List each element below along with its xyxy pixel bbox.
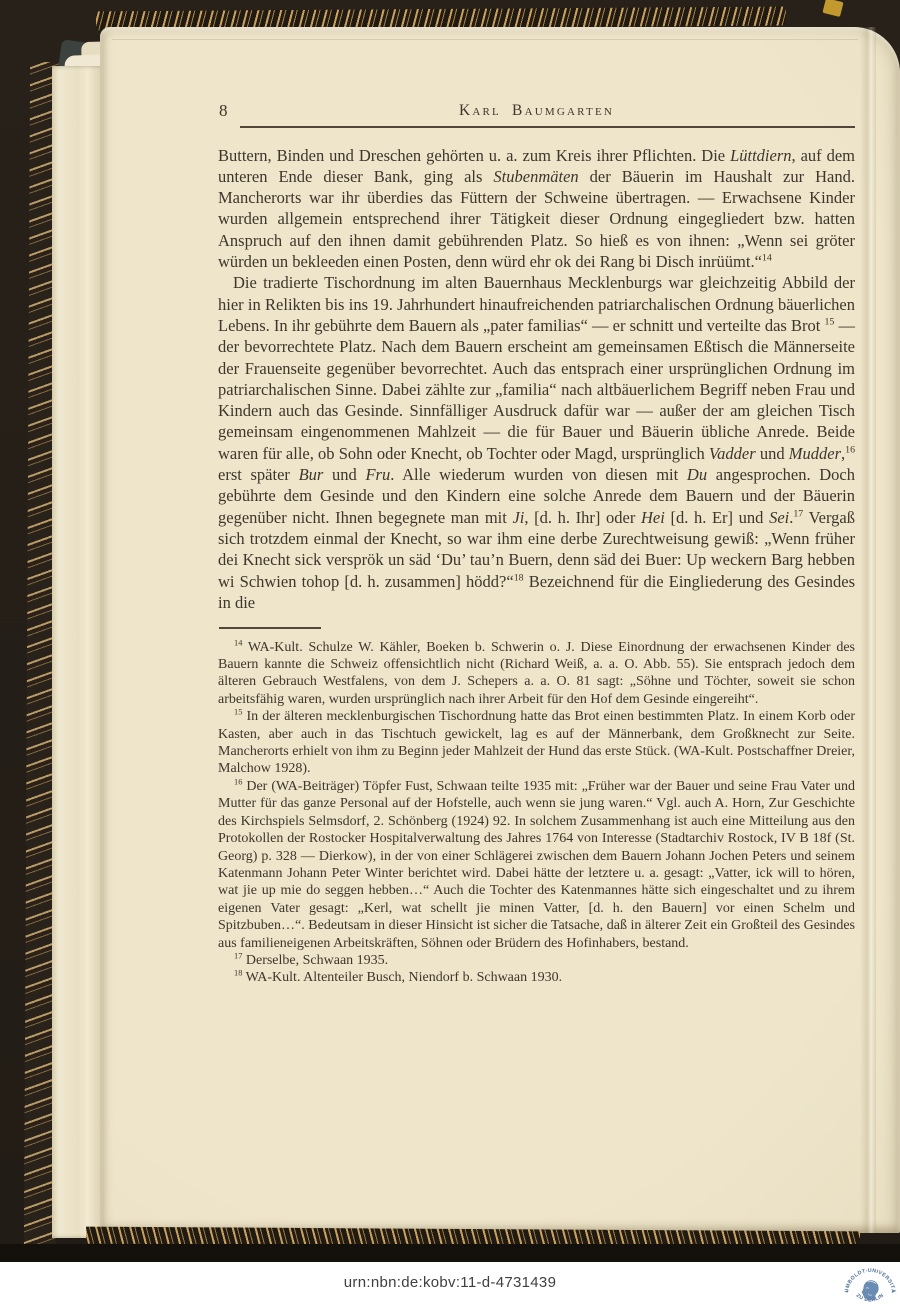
- footnote-14: 14 WA-Kult. Schulze W. Kähler, Boeken b.…: [218, 639, 855, 709]
- footnote-17: 17 Derselbe, Schwaan 1935.: [218, 952, 855, 969]
- page-number: 8: [219, 101, 228, 121]
- footnote-16: 16 Der (WA-Beiträger) Töpfer Fust, Schwa…: [218, 778, 855, 952]
- bookmark-ribbon: [822, 0, 843, 17]
- page-content: 8 Karl Baumgarten Buttern, Binden und Dr…: [218, 99, 855, 987]
- footnotes: 14 WA-Kult. Schulze W. Kähler, Boeken b.…: [218, 639, 855, 987]
- urn-identifier: urn:nbn:de:kobv:11-d-4731439: [0, 1274, 900, 1291]
- footnote-18: 18 WA-Kult. Altenteiler Busch, Niendorf …: [218, 969, 855, 986]
- header-rule: [240, 126, 855, 128]
- body-paragraph: Die tradierte Tischordnung im alten Baue…: [218, 272, 855, 613]
- seal-separator-dot: [892, 1291, 894, 1293]
- seal-separator-dot: [846, 1291, 848, 1293]
- book-page: 8 Karl Baumgarten Buttern, Binden und Dr…: [100, 27, 900, 1233]
- running-header-title: Karl Baumgarten: [218, 99, 855, 120]
- book-cover-bottom-edge: [0, 1244, 900, 1262]
- humboldt-university-seal: HUMBOLDT-UNIVERSITÄT ZU BERLIN: [842, 1263, 898, 1315]
- book-scan-photo: 8 Karl Baumgarten Buttern, Binden und Dr…: [0, 0, 900, 1315]
- scan-footer: urn:nbn:de:kobv:11-d-4731439 HUMBOLDT-UN…: [0, 1262, 900, 1315]
- footnote-separator: [219, 627, 321, 629]
- footnote-15: 15 In der älteren mecklenburgischen Tisc…: [218, 708, 855, 778]
- body-text: Buttern, Binden und Dreschen gehörten u.…: [218, 145, 855, 614]
- running-head: 8 Karl Baumgarten: [218, 99, 855, 124]
- body-paragraph: Buttern, Binden und Dreschen gehörten u.…: [218, 145, 855, 273]
